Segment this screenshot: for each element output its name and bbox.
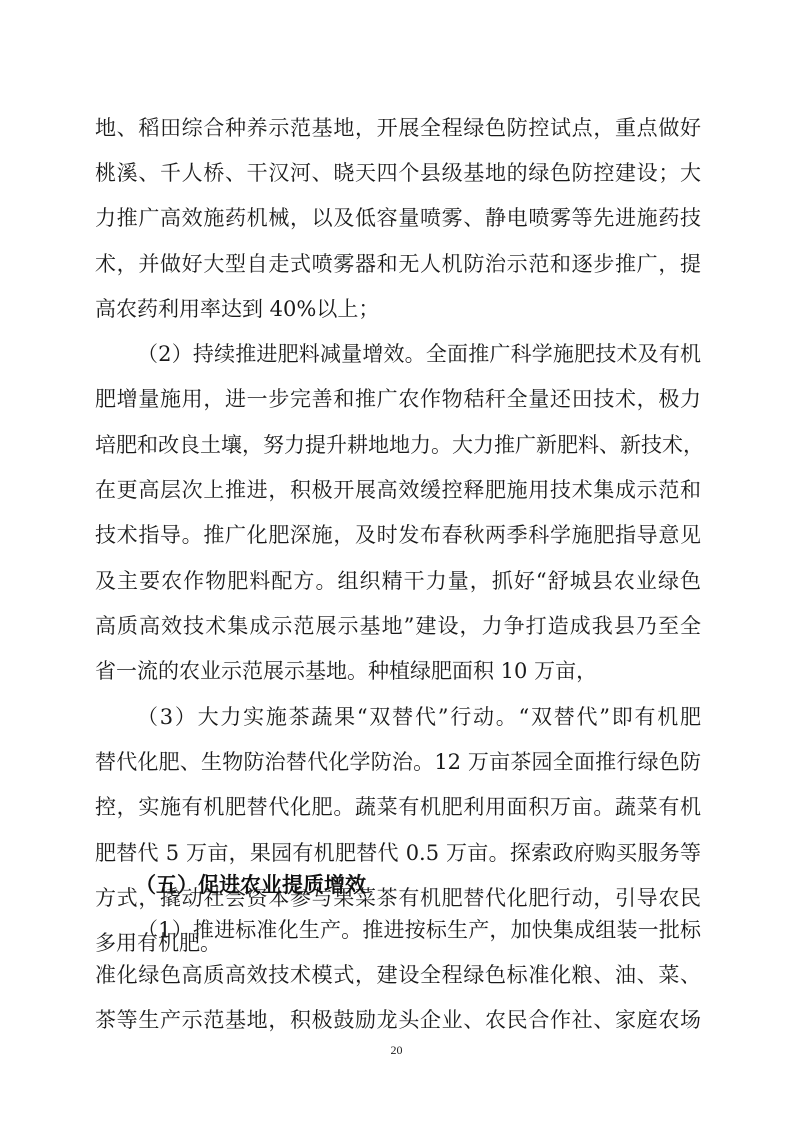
text-line: 地、稻田综合种养示范基地，开展全程绿色防控试点，重点做好 xyxy=(95,113,701,143)
text-line: 省一流的农业示范展示基地。种植绿肥面积 10 万亩， xyxy=(95,656,701,686)
text-line: 茶等生产示范基地，积极鼓励龙头企业、农民合作社、家庭农场 xyxy=(95,1005,701,1035)
text-line: （1）推进标准化生产。推进按标生产，加快集成组装一批标 xyxy=(137,915,701,945)
section-heading: （五）促进农业提质增效 xyxy=(135,870,366,900)
text-line: （3）大力实施茶蔬果“双替代”行动。“双替代”即有机肥 xyxy=(137,702,701,732)
text-line: 高农药利用率达到 40%以上； xyxy=(95,294,701,324)
text-line: 高质高效技术集成示范展示基地”建设，力争打造成我县乃至全 xyxy=(95,611,701,641)
text-line: 术，并做好大型自走式喷雾器和无人机防治示范和逐步推广，提 xyxy=(95,249,701,279)
text-line: 替代化肥、生物防治替代化学防治。12 万亩茶园全面推行绿色防 xyxy=(95,747,701,777)
text-line: 控，实施有机肥替代化肥。蔬菜有机肥利用面积万亩。蔬菜有机 xyxy=(95,792,701,822)
text-line: 准化绿色高质高效技术模式，建设全程绿色标准化粮、油、菜、 xyxy=(95,960,701,990)
page-number: 20 xyxy=(0,1043,793,1058)
text-line: （2）持续推进肥料减量增效。全面推广科学施肥技术及有机 xyxy=(137,339,701,369)
text-line: 力推广高效施药机械，以及低容量喷雾、静电喷雾等先进施药技 xyxy=(95,203,701,233)
text-line: 桃溪、千人桥、干汉河、晓天四个县级基地的绿色防控建设；大 xyxy=(95,158,701,188)
text-line: 及主要农作物肥料配方。组织精干力量，抓好“舒城县农业绿色 xyxy=(95,566,701,596)
document-page: 地、稻田综合种养示范基地，开展全程绿色防控试点，重点做好 桃溪、千人桥、干汉河、… xyxy=(0,0,793,1122)
text-line: 培肥和改良土壤，努力提升耕地地力。大力推广新肥料、新技术， xyxy=(95,430,701,460)
text-line: 技术指导。推广化肥深施，及时发布春秋两季科学施肥指导意见 xyxy=(95,520,701,550)
text-line: 肥替代 5 万亩，果园有机肥替代 0.5 万亩。探索政府购买服务等 xyxy=(95,838,701,868)
text-line: 肥增量施用，进一步完善和推广农作物秸秆全量还田技术，极力 xyxy=(95,384,701,414)
text-line: 在更高层次上推进，积极开展高效缓控释肥施用技术集成示范和 xyxy=(95,475,701,505)
